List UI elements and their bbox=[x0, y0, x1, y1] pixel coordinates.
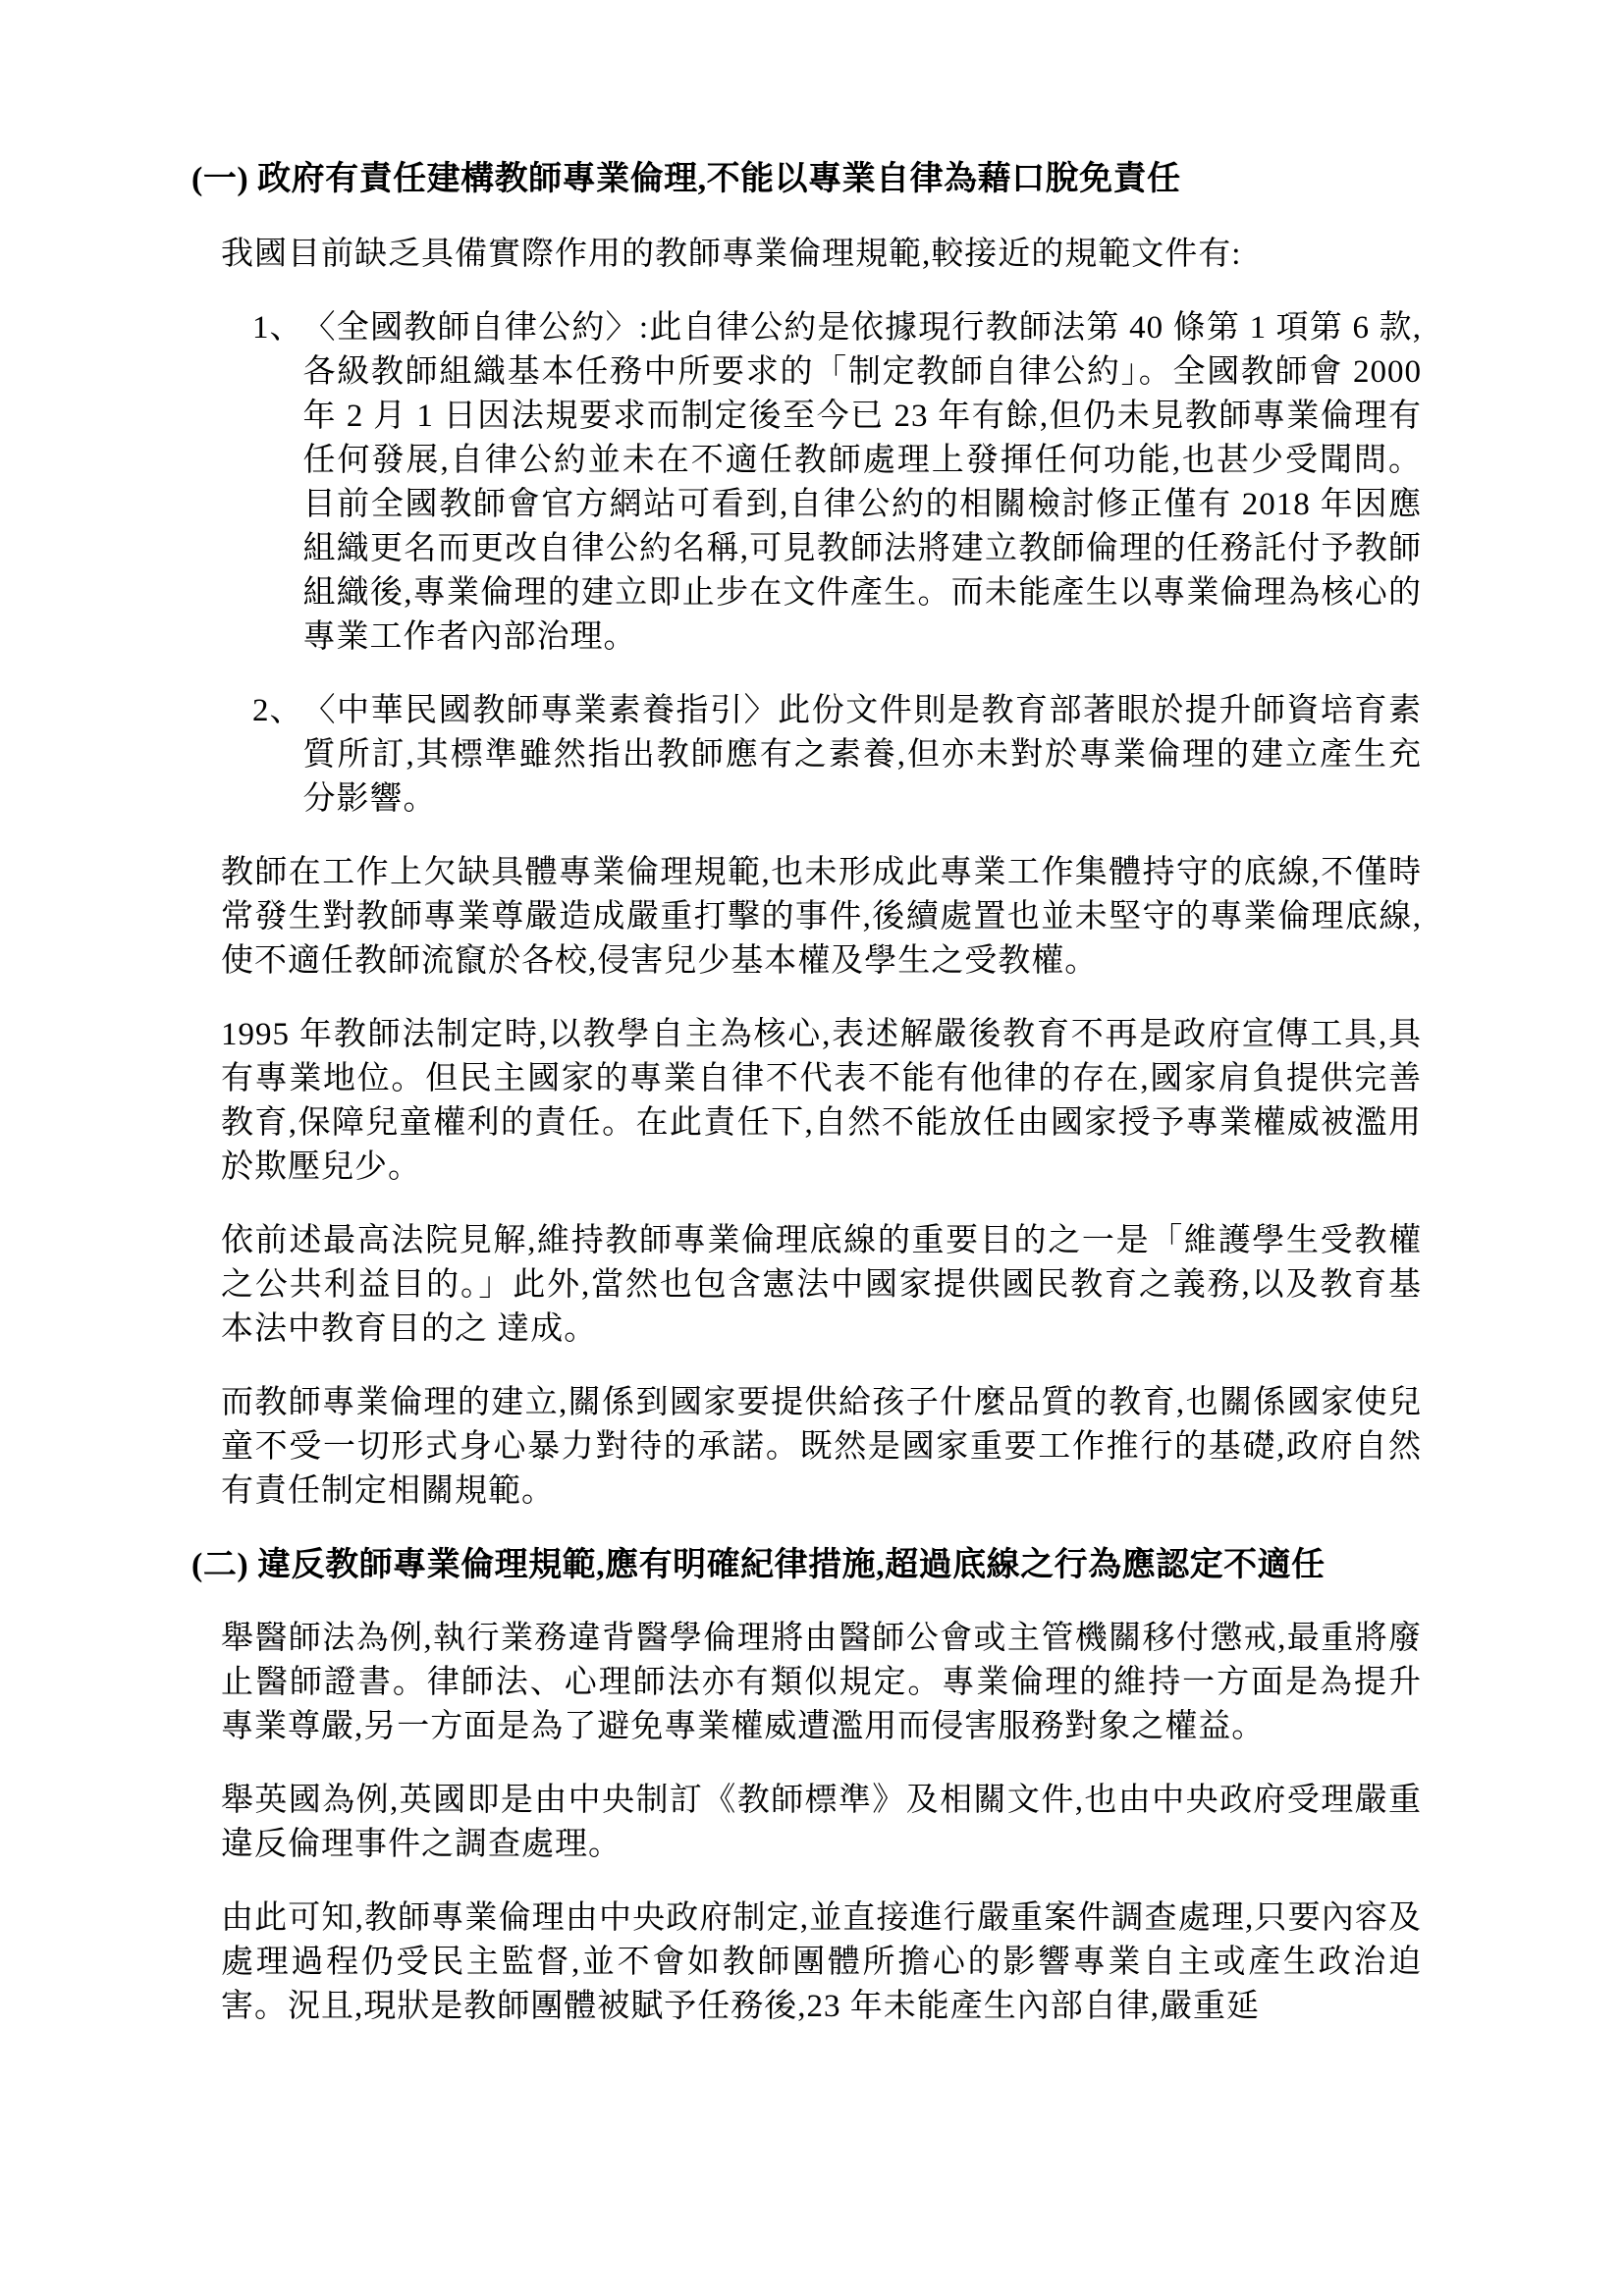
list-item-1-text: 〈全國教師自律公約〉:此自律公約是依據現行教師法第 40 條第 1 項第 6 款… bbox=[303, 306, 1423, 660]
section-2-paragraph-3: 由此可知,教師專業倫理由中央政府制定,並直接進行嚴重案件調查處理,只要內容及處理… bbox=[221, 1896, 1422, 2029]
document-page: (一) 政府有責任建構教師專業倫理,不能以專業自律為藉口脫免責任 我國目前缺乏具… bbox=[0, 0, 1624, 2296]
section-1-paragraph-1: 教師在工作上欠缺具體專業倫理規範,也未形成此專業工作集體持守的底線,不僅時常發生… bbox=[221, 851, 1422, 984]
list-item-2: 2、 〈中華民國教師專業素養指引〉此份文件則是教育部著眼於提升師資培育素質所訂,… bbox=[221, 689, 1422, 822]
list-item-1: 1、 〈全國教師自律公約〉:此自律公約是依據現行教師法第 40 條第 1 項第 … bbox=[221, 306, 1422, 660]
section-1-paragraph-2: 1995 年教師法制定時,以教學自主為核心,表述解嚴後教育不再是政府宣傳工具,具… bbox=[221, 1013, 1422, 1190]
list-item-2-text: 〈中華民國教師專業素養指引〉此份文件則是教育部著眼於提升師資培育素質所訂,其標準… bbox=[303, 689, 1423, 822]
section-1-heading: (一) 政府有責任建構教師專業倫理,不能以專業自律為藉口脫免責任 bbox=[191, 157, 1422, 201]
section-1-intro-paragraph: 我國目前缺乏具備實際作用的教師專業倫理規範,較接近的規範文件有: bbox=[221, 233, 1422, 277]
list-item-1-number: 1、 bbox=[252, 306, 303, 660]
section-2-paragraph-2: 舉英國為例,英國即是由中央制訂《教師標準》及相關文件,也由中央政府受理嚴重違反倫… bbox=[221, 1779, 1422, 1867]
section-2-paragraph-1: 舉醫師法為例,執行業務違背醫學倫理將由醫師公會或主管機關移付懲戒,最重將廢止醫師… bbox=[221, 1617, 1422, 1749]
section-2-heading: (二) 違反教師專業倫理規範,應有明確紀律措施,超過底線之行為應認定不適任 bbox=[191, 1543, 1422, 1587]
section-1-paragraph-3: 依前述最高法院見解,維持教師專業倫理底線的重要目的之一是「維護學生受教權之公共利… bbox=[221, 1219, 1422, 1352]
section-1-paragraph-4: 而教師專業倫理的建立,關係到國家要提供給孩子什麼品質的教育,也關係國家使兒童不受… bbox=[221, 1381, 1422, 1514]
list-item-2-number: 2、 bbox=[252, 689, 303, 822]
